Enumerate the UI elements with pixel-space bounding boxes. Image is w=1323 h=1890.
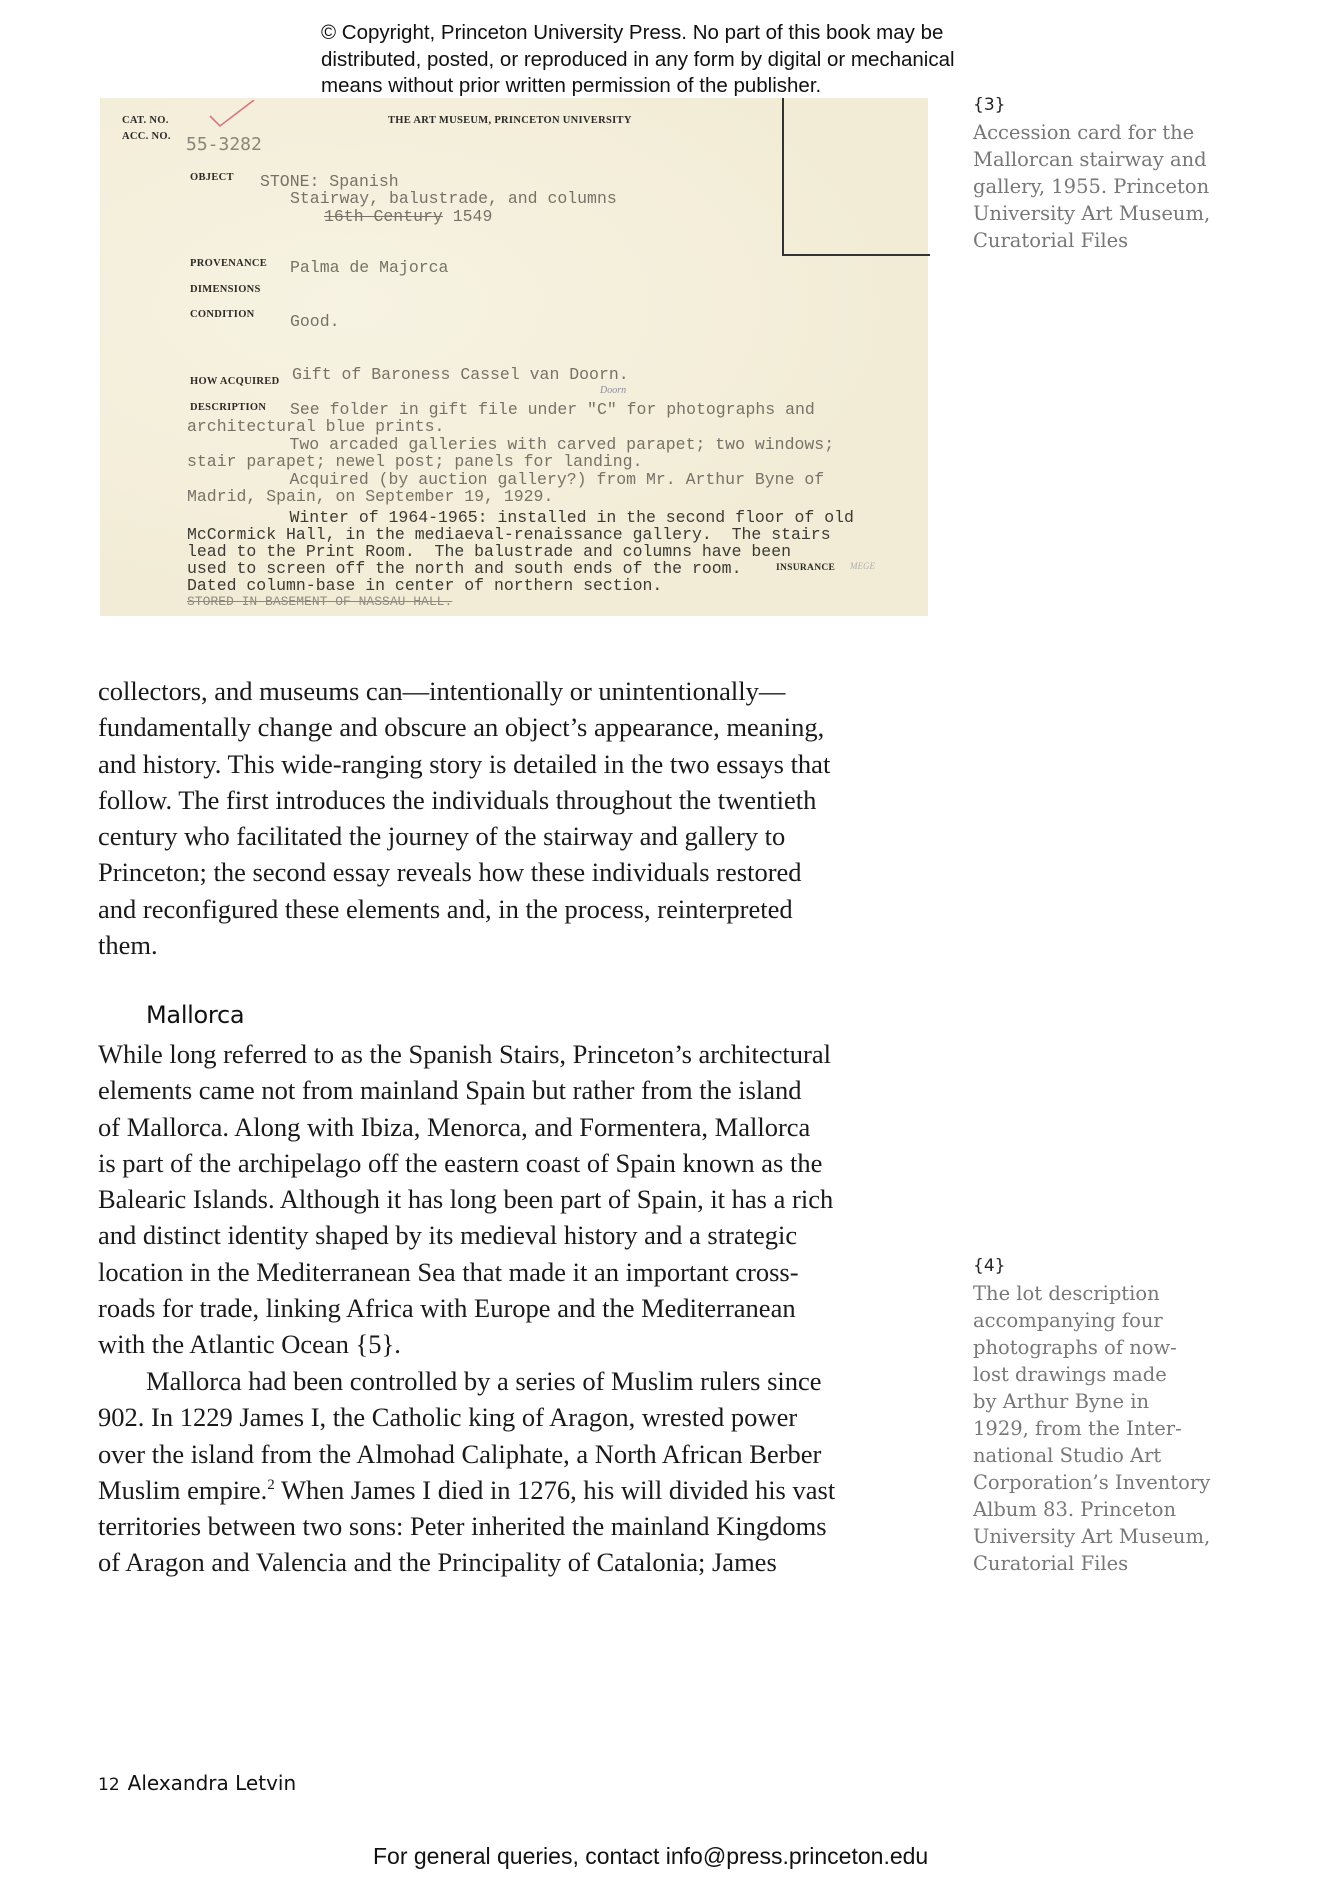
how-acquired-label: HOW ACQUIRED [190, 376, 279, 387]
caption-number: {3} [973, 92, 1213, 119]
footer-notice: For general queries, contact info@press.… [373, 1843, 928, 1870]
description-line: Madrid, Spain, on September 19, 1929. [187, 488, 553, 506]
caption-3: {3} Accession card for the Mallorcan sta… [973, 92, 1213, 254]
object-line-2: Stairway, balustrade, and columns [290, 190, 617, 208]
acc-no-value: 55-3282 [186, 136, 262, 154]
how-acquired-value: Gift of Baroness Cassel van Doorn. [292, 366, 629, 384]
provenance-value: Palma de Majorca [290, 259, 448, 277]
object-line-1: STONE: Spanish [260, 173, 399, 191]
body-paragraph-3: Mallorca had been controlled by a series… [98, 1363, 928, 1581]
provenance-label: PROVENANCE [190, 258, 267, 269]
footnote-ref[interactable]: 2 [267, 1477, 275, 1493]
description-line: Acquired (by auction gallery?) from Mr. … [240, 471, 824, 489]
page-folio: 12Alexandra Letvin [98, 1771, 296, 1795]
condition-label: CONDITION [190, 309, 255, 320]
running-author: Alexandra Letvin [128, 1771, 297, 1795]
description-line-dark: used to screen off the north and south e… [187, 560, 742, 578]
card-header: THE ART MUSEUM, PRINCETON UNIVERSITY [388, 115, 632, 126]
description-line-dark: Winter of 1964-1965: installed in the se… [240, 509, 854, 527]
object-date: 16th Century 1549 [324, 208, 492, 226]
dimensions-label: DIMENSIONS [190, 284, 261, 295]
handwritten-note: Doorn [600, 385, 626, 396]
page-number: 12 [98, 1775, 120, 1795]
section-heading: Mallorca [146, 1001, 244, 1029]
description-line: See folder in gift file under "C" for ph… [290, 401, 815, 419]
description-label: DESCRIPTION [190, 402, 266, 413]
object-label: OBJECT [190, 172, 234, 183]
description-line-dark: Dated column-base in center of northern … [187, 577, 662, 595]
caption-number: {4} [973, 1253, 1213, 1280]
accession-card-image: CAT. NO. ACC. NO. THE ART MUSEUM, PRINCE… [100, 98, 928, 616]
description-line-dark: McCormick Hall, in the mediaeval-renaiss… [187, 526, 831, 544]
caption-4: {4} The lot description accompanying fou… [973, 1253, 1213, 1577]
insurance-note: MEGE [850, 561, 875, 571]
checkmark-icon [208, 100, 258, 130]
struck-line: STORED IN BASEMENT OF NASSAU HALL. [187, 593, 452, 611]
cat-no-label: CAT. NO. [122, 115, 169, 126]
copyright-notice: © Copyright, Princeton University Press.… [321, 20, 1021, 100]
description-line: Two arcaded galleries with carved parape… [240, 436, 834, 454]
acc-no-label: ACC. NO. [122, 131, 171, 142]
card-corner-box [782, 98, 930, 256]
description-line: architectural blue prints. [187, 418, 444, 436]
body-paragraph-2: While long referred to as the Spanish St… [98, 1036, 928, 1363]
condition-value: Good. [290, 313, 340, 331]
description-line: stair parapet; newel post; panels for la… [187, 453, 642, 471]
body-paragraph-1: collectors, and museums can—intentionall… [98, 673, 928, 963]
insurance-label: INSURANCE [776, 563, 835, 573]
description-line-dark: lead to the Print Room. The balustrade a… [187, 543, 791, 561]
